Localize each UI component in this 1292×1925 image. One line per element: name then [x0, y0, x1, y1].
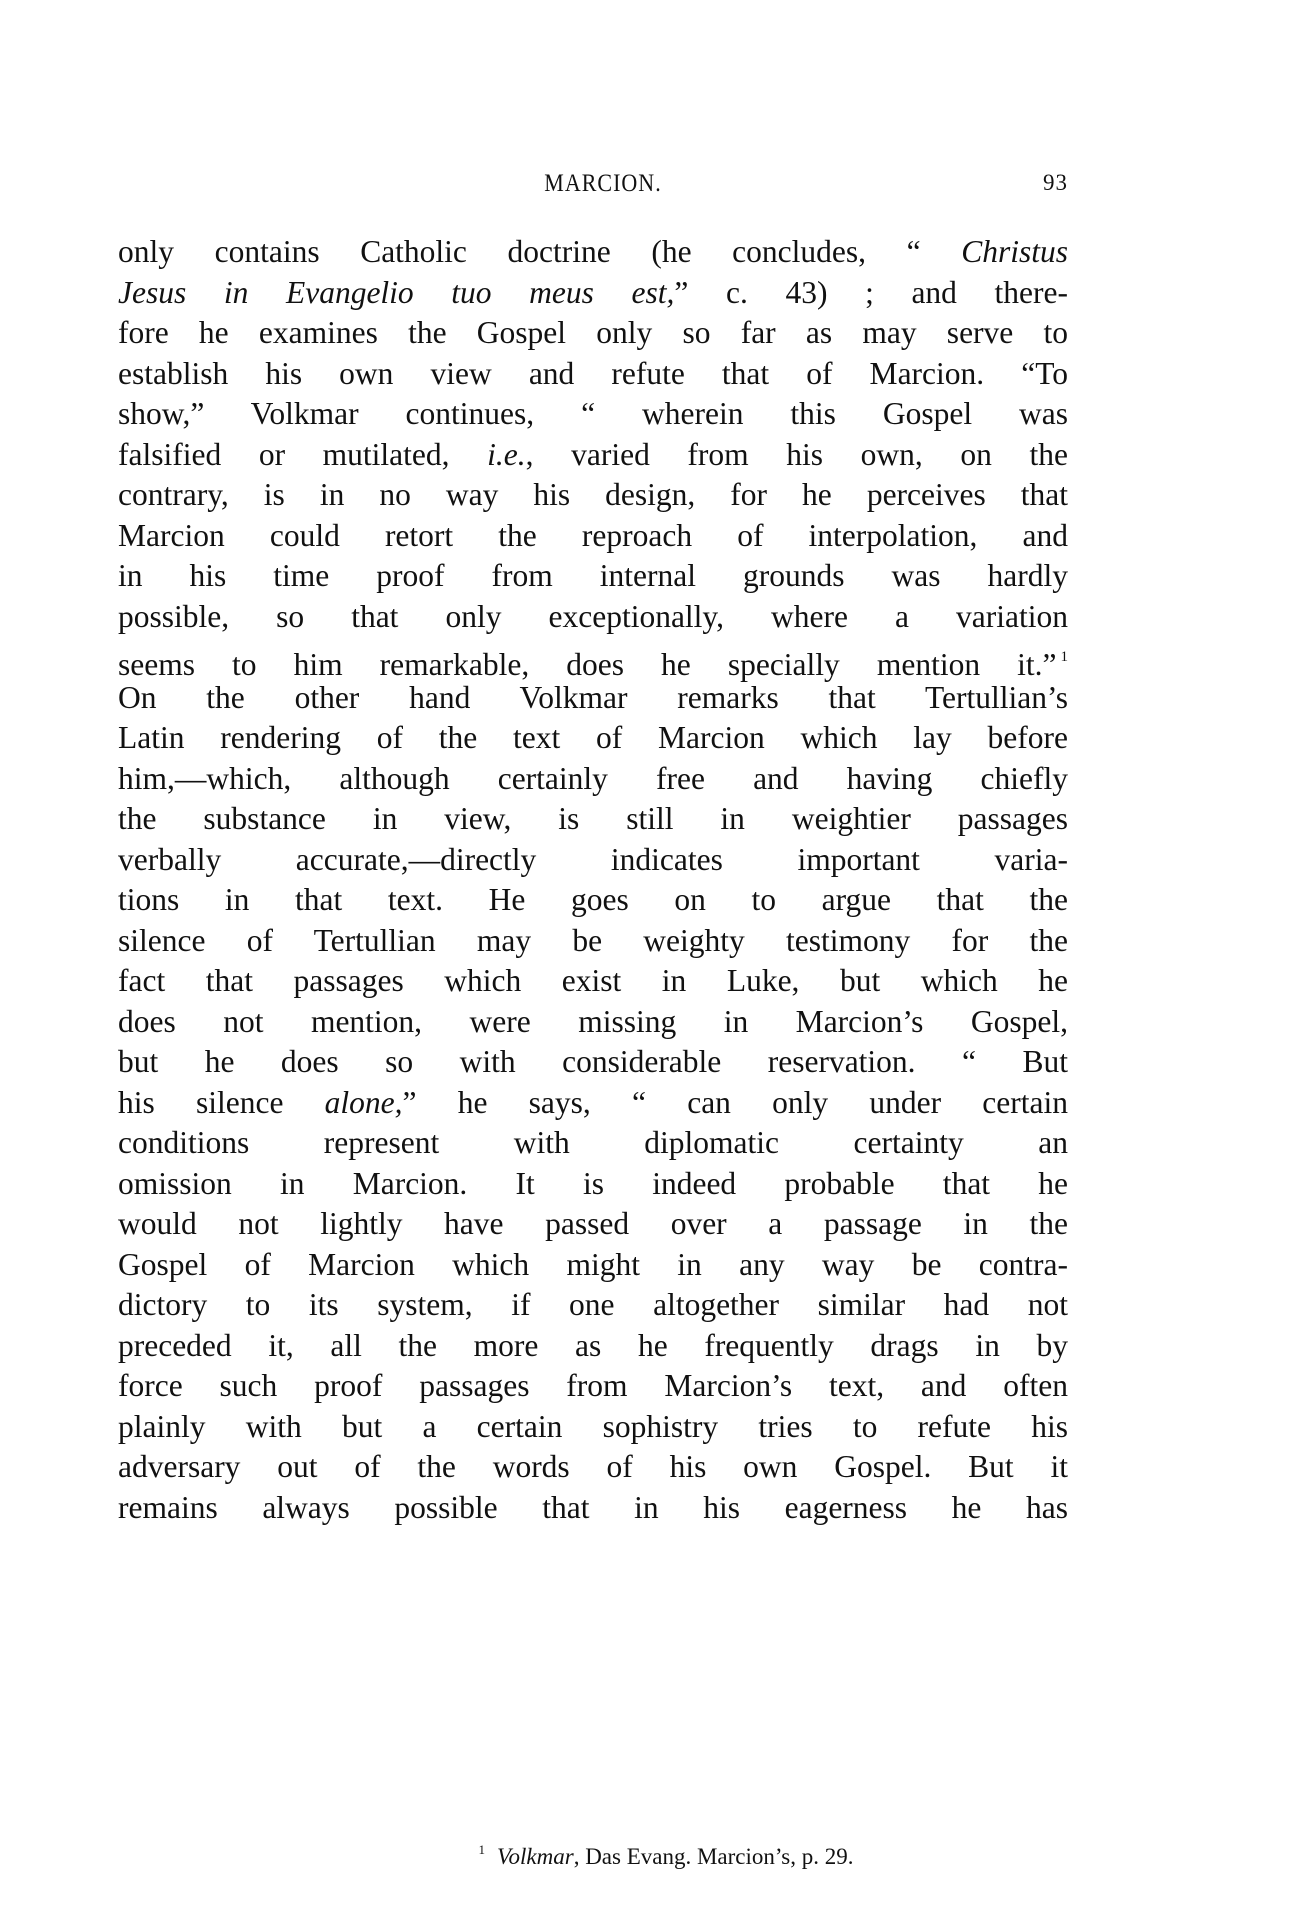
- text-line: seems to him remarkable, does he special…: [118, 637, 1068, 678]
- text-segment: On the other hand Volkmar remarks that T…: [118, 680, 1068, 715]
- text-segment: Latin rendering of the text of Marcion w…: [118, 720, 1068, 755]
- text-line: would not lightly have passed over a pas…: [118, 1204, 1068, 1245]
- footnote-text: , Das Evang. Marcion’s, p. 29.: [574, 1844, 854, 1869]
- text-line: the substance in view, is still in weigh…: [118, 799, 1068, 840]
- text-segment: falsified or mutilated,: [118, 437, 487, 472]
- text-segment: seems to him remarkable, does he special…: [118, 647, 1057, 682]
- footnote-reference: 1: [1061, 649, 1069, 665]
- text-line: possible, so that only exceptionally, wh…: [118, 597, 1068, 638]
- text-segment: conditions represent with diplomatic cer…: [118, 1125, 1068, 1160]
- text-line: fact that passages which exist in Luke, …: [118, 961, 1068, 1002]
- text-line: verbally accurate,—directly indicates im…: [118, 840, 1068, 881]
- text-line: omission in Marcion. It is indeed probab…: [118, 1164, 1068, 1205]
- text-segment: ” he says, “ can only under certain: [403, 1085, 1068, 1120]
- text-line: dictory to its system, if one altogether…: [118, 1285, 1068, 1326]
- italic-text: alone,: [325, 1085, 403, 1120]
- text-line: silence of Tertullian may be weighty tes…: [118, 921, 1068, 962]
- text-segment: show,” Volkmar continues, “ wherein this…: [118, 396, 1068, 431]
- italic-text: Jesus in Evangelio tuo meus est,: [118, 275, 674, 310]
- text-segment: but he does so with considerable reserva…: [118, 1044, 1068, 1079]
- text-segment: ” c. 43) ; and there-: [674, 275, 1068, 310]
- text-segment: , varied from his own, on the: [526, 437, 1068, 472]
- italic-text: i.e.: [487, 437, 525, 472]
- running-title: MARCION.: [118, 168, 1068, 198]
- text-segment: tions in that text. He goes on to argue …: [118, 882, 1068, 917]
- text-line: in his time proof from internal grounds …: [118, 556, 1068, 597]
- text-segment: remains always possible that in his eage…: [118, 1490, 1068, 1525]
- text-line: does not mention, were missing in Marcio…: [118, 1002, 1068, 1043]
- text-line: conditions represent with diplomatic cer…: [118, 1123, 1068, 1164]
- text-segment: his silence: [118, 1085, 325, 1120]
- text-line: Jesus in Evangelio tuo meus est,” c. 43)…: [118, 273, 1068, 314]
- text-line: fore he examines the Gospel only so far …: [118, 313, 1068, 354]
- text-line: Marcion could retort the reproach of int…: [118, 516, 1068, 557]
- text-line: establish his own view and refute that o…: [118, 354, 1068, 395]
- text-line: plainly with but a certain sophistry tri…: [118, 1407, 1068, 1448]
- text-segment: adversary out of the words of his own Go…: [118, 1449, 1068, 1484]
- text-line: Gospel of Marcion which might in any way…: [118, 1245, 1068, 1286]
- text-segment: fact that passages which exist in Luke, …: [118, 963, 1068, 998]
- text-segment: Gospel of Marcion which might in any way…: [118, 1247, 1068, 1282]
- text-line: falsified or mutilated, i.e., varied fro…: [118, 435, 1068, 476]
- text-segment: verbally accurate,—directly indicates im…: [118, 842, 1068, 877]
- text-segment: plainly with but a certain sophistry tri…: [118, 1409, 1068, 1444]
- footnote-mark: 1: [479, 1842, 486, 1857]
- text-line: only contains Catholic doctrine (he conc…: [118, 232, 1068, 273]
- text-line: but he does so with considerable reserva…: [118, 1042, 1068, 1083]
- text-line: him,—which, although certainly free and …: [118, 759, 1068, 800]
- page-number: 93: [1043, 170, 1068, 196]
- text-segment: would not lightly have passed over a pas…: [118, 1206, 1068, 1241]
- footnote: 1Volkmar, Das Evang. Marcion’s, p. 29.: [0, 1842, 1292, 1870]
- text-line: contrary, is in no way his design, for h…: [118, 475, 1068, 516]
- text-segment: the substance in view, is still in weigh…: [118, 801, 1068, 836]
- text-line: remains always possible that in his eage…: [118, 1488, 1068, 1529]
- text-segment: force such proof passages from Marcion’s…: [118, 1368, 1068, 1403]
- text-segment: him,—which, although certainly free and …: [118, 761, 1068, 796]
- text-line: his silence alone,” he says, “ can only …: [118, 1083, 1068, 1124]
- text-segment: Marcion could retort the reproach of int…: [118, 518, 1068, 553]
- text-line: force such proof passages from Marcion’s…: [118, 1366, 1068, 1407]
- book-page: MARCION. 93 only contains Catholic doctr…: [0, 0, 1292, 1925]
- text-segment: does not mention, were missing in Marcio…: [118, 1004, 1068, 1039]
- text-segment: dictory to its system, if one altogether…: [118, 1287, 1068, 1322]
- text-segment: preceded it, all the more as he frequent…: [118, 1328, 1068, 1363]
- text-segment: silence of Tertullian may be weighty tes…: [118, 923, 1068, 958]
- text-segment: only contains Catholic doctrine (he conc…: [118, 234, 961, 269]
- text-line: preceded it, all the more as he frequent…: [118, 1326, 1068, 1367]
- running-head: MARCION. 93: [118, 170, 1068, 204]
- body-text: only contains Catholic doctrine (he conc…: [118, 232, 1068, 1528]
- text-line: adversary out of the words of his own Go…: [118, 1447, 1068, 1488]
- text-segment: in his time proof from internal grounds …: [118, 558, 1068, 593]
- footnote-author: Volkmar: [497, 1844, 574, 1869]
- italic-text: Christus: [961, 234, 1068, 269]
- text-segment: fore he examines the Gospel only so far …: [118, 315, 1068, 350]
- text-segment: omission in Marcion. It is indeed probab…: [118, 1166, 1068, 1201]
- text-segment: possible, so that only exceptionally, wh…: [118, 599, 1068, 634]
- text-line: On the other hand Volkmar remarks that T…: [118, 678, 1068, 719]
- text-line: tions in that text. He goes on to argue …: [118, 880, 1068, 921]
- text-line: show,” Volkmar continues, “ wherein this…: [118, 394, 1068, 435]
- text-segment: contrary, is in no way his design, for h…: [118, 477, 1068, 512]
- text-segment: establish his own view and refute that o…: [118, 356, 1068, 391]
- text-line: Latin rendering of the text of Marcion w…: [118, 718, 1068, 759]
